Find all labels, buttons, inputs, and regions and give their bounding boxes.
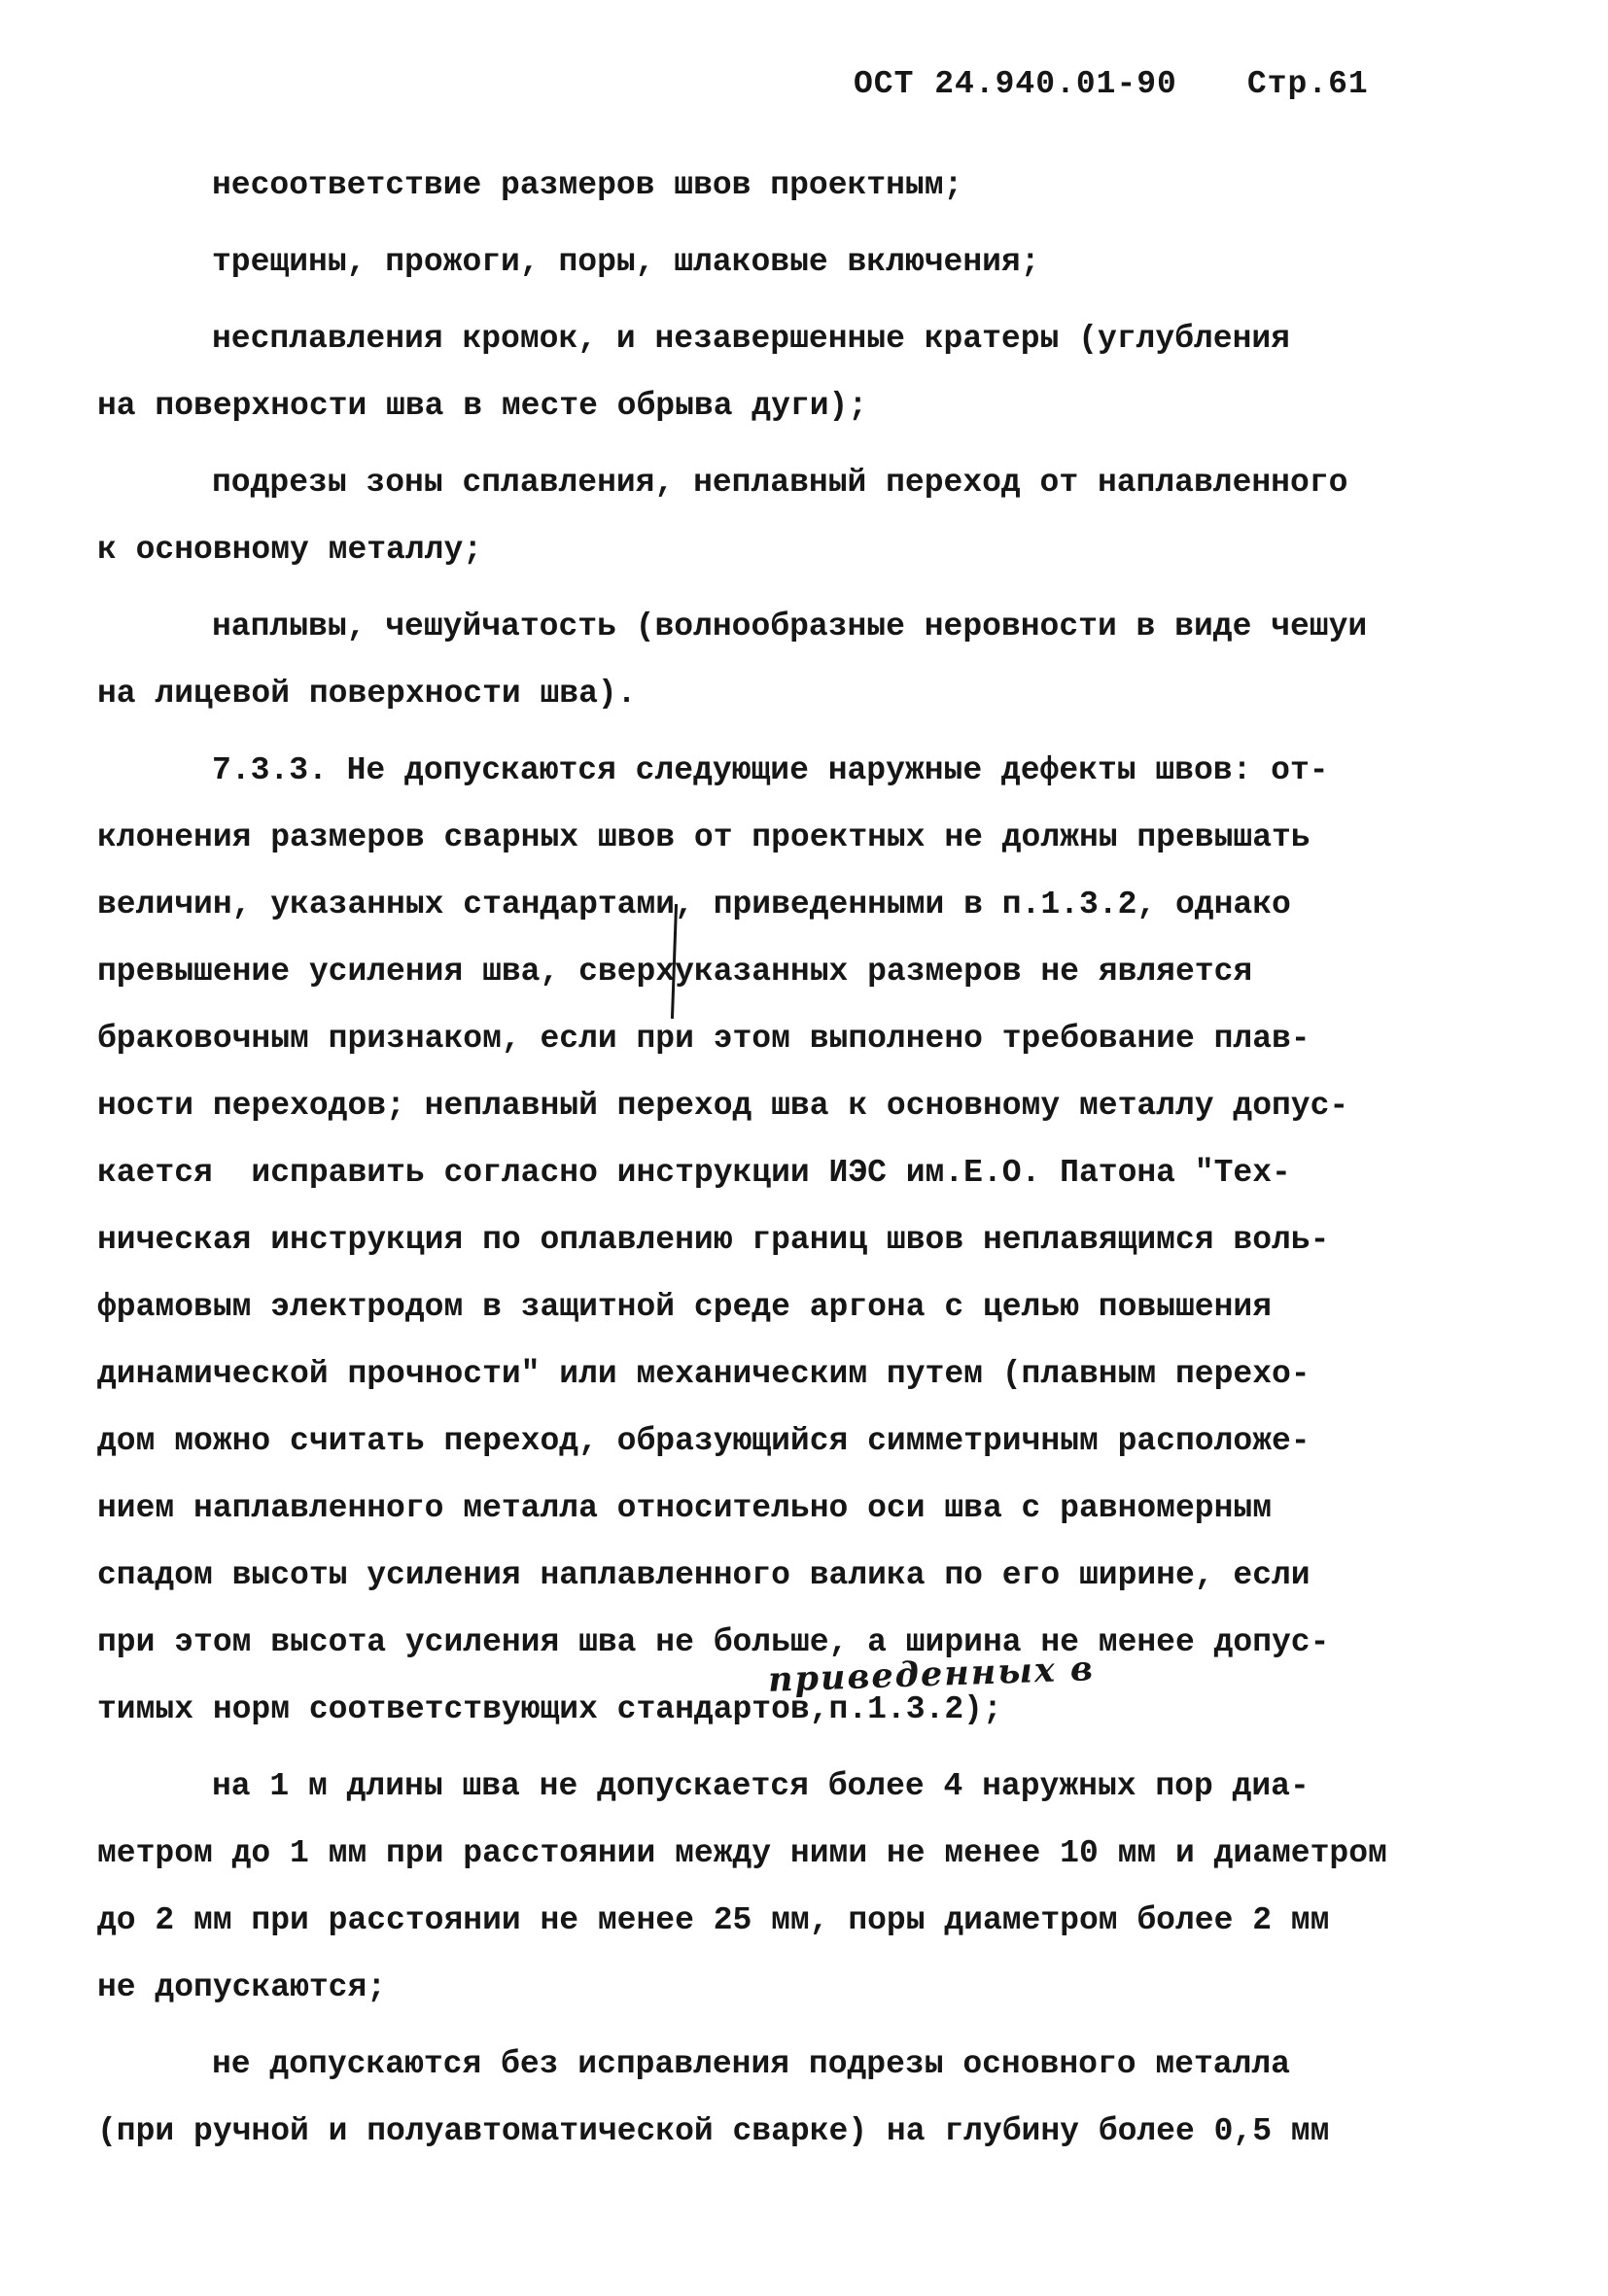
paragraph: 7.3.3. Не допускаются следующие наружные…	[97, 737, 1526, 1743]
paragraph: трещины, прожоги, поры, шлаковые включен…	[97, 228, 1526, 296]
text-line: трещины, прожоги, поры, шлаковые включен…	[97, 228, 1526, 296]
document-body: несоответствие размеров швов проектным;т…	[97, 152, 1526, 2174]
paragraph: подрезы зоны сплавления, неплавный перех…	[97, 449, 1526, 583]
text-line: подрезы зоны сплавления, неплавный перех…	[97, 449, 1526, 516]
text-line: к основному металлу;	[97, 516, 1526, 583]
text-line: ническая инструкция по оплавлению границ…	[97, 1206, 1526, 1273]
text-line: не допускаются;	[97, 1954, 1526, 2021]
text-line: нием наплавленного металла относительно …	[97, 1475, 1526, 1542]
text-line: 7.3.3. Не допускаются следующие наружные…	[97, 737, 1526, 804]
text-line: фрамовым электродом в защитной среде арг…	[97, 1273, 1526, 1340]
paragraph: не допускаются без исправления подрезы о…	[97, 2031, 1526, 2165]
text-line: превышение усиления шва, сверхуказанных …	[97, 938, 1526, 1005]
text-line: ности переходов; неплавный переход шва к…	[97, 1072, 1526, 1139]
paragraph: наплывы, чешуйчатость (волнообразные нер…	[97, 593, 1526, 727]
handwritten-insertion: приведенных в	[767, 1635, 1096, 1714]
text-line: несоответствие размеров швов проектным;	[97, 152, 1526, 219]
text-line: дом можно считать переход, образующийся …	[97, 1408, 1526, 1475]
text-line: наплывы, чешуйчатость (волнообразные нер…	[97, 593, 1526, 660]
paragraph: несоответствие размеров швов проектным;	[97, 152, 1526, 219]
scanned-page: ОСТ 24.940.01-90 Стр.61 несоответствие р…	[0, 0, 1608, 2296]
text-line: кается исправить согласно инструкции ИЭС…	[97, 1139, 1526, 1206]
paragraph: на 1 м длины шва не допускается более 4 …	[97, 1753, 1526, 2021]
text-line: динамической прочности" или механическим…	[97, 1340, 1526, 1408]
text-line: на поверхности шва в месте обрыва дуги);	[97, 372, 1526, 439]
text-line: клонения размеров сварных швов от проект…	[97, 804, 1526, 871]
text-line: несплавления кромок, и незавершенные кра…	[97, 305, 1526, 372]
text-line: (при ручной и полуавтоматической сварке)…	[97, 2098, 1526, 2165]
page-header: ОСТ 24.940.01-90 Стр.61	[854, 66, 1369, 102]
text-line: величин, указанных стандартами, приведен…	[97, 871, 1526, 938]
paragraph: несплавления кромок, и незавершенные кра…	[97, 305, 1526, 439]
text-line: не допускаются без исправления подрезы о…	[97, 2031, 1526, 2098]
document-number: ОСТ 24.940.01-90	[854, 66, 1177, 102]
text-line: метром до 1 мм при расстоянии между ними…	[97, 1820, 1526, 1887]
text-line: на лицевой поверхности шва).	[97, 660, 1526, 727]
text-line: тимых норм соответствующих стандартов,п.…	[97, 1676, 1526, 1743]
text-line: спадом высоты усиления наплавленного вал…	[97, 1542, 1526, 1609]
text-line: браковочным признаком, если при этом вып…	[97, 1005, 1526, 1072]
page-number: Стр.61	[1247, 66, 1369, 102]
text-line: на 1 м длины шва не допускается более 4 …	[97, 1753, 1526, 1820]
text-line: до 2 мм при расстоянии не менее 25 мм, п…	[97, 1887, 1526, 1954]
